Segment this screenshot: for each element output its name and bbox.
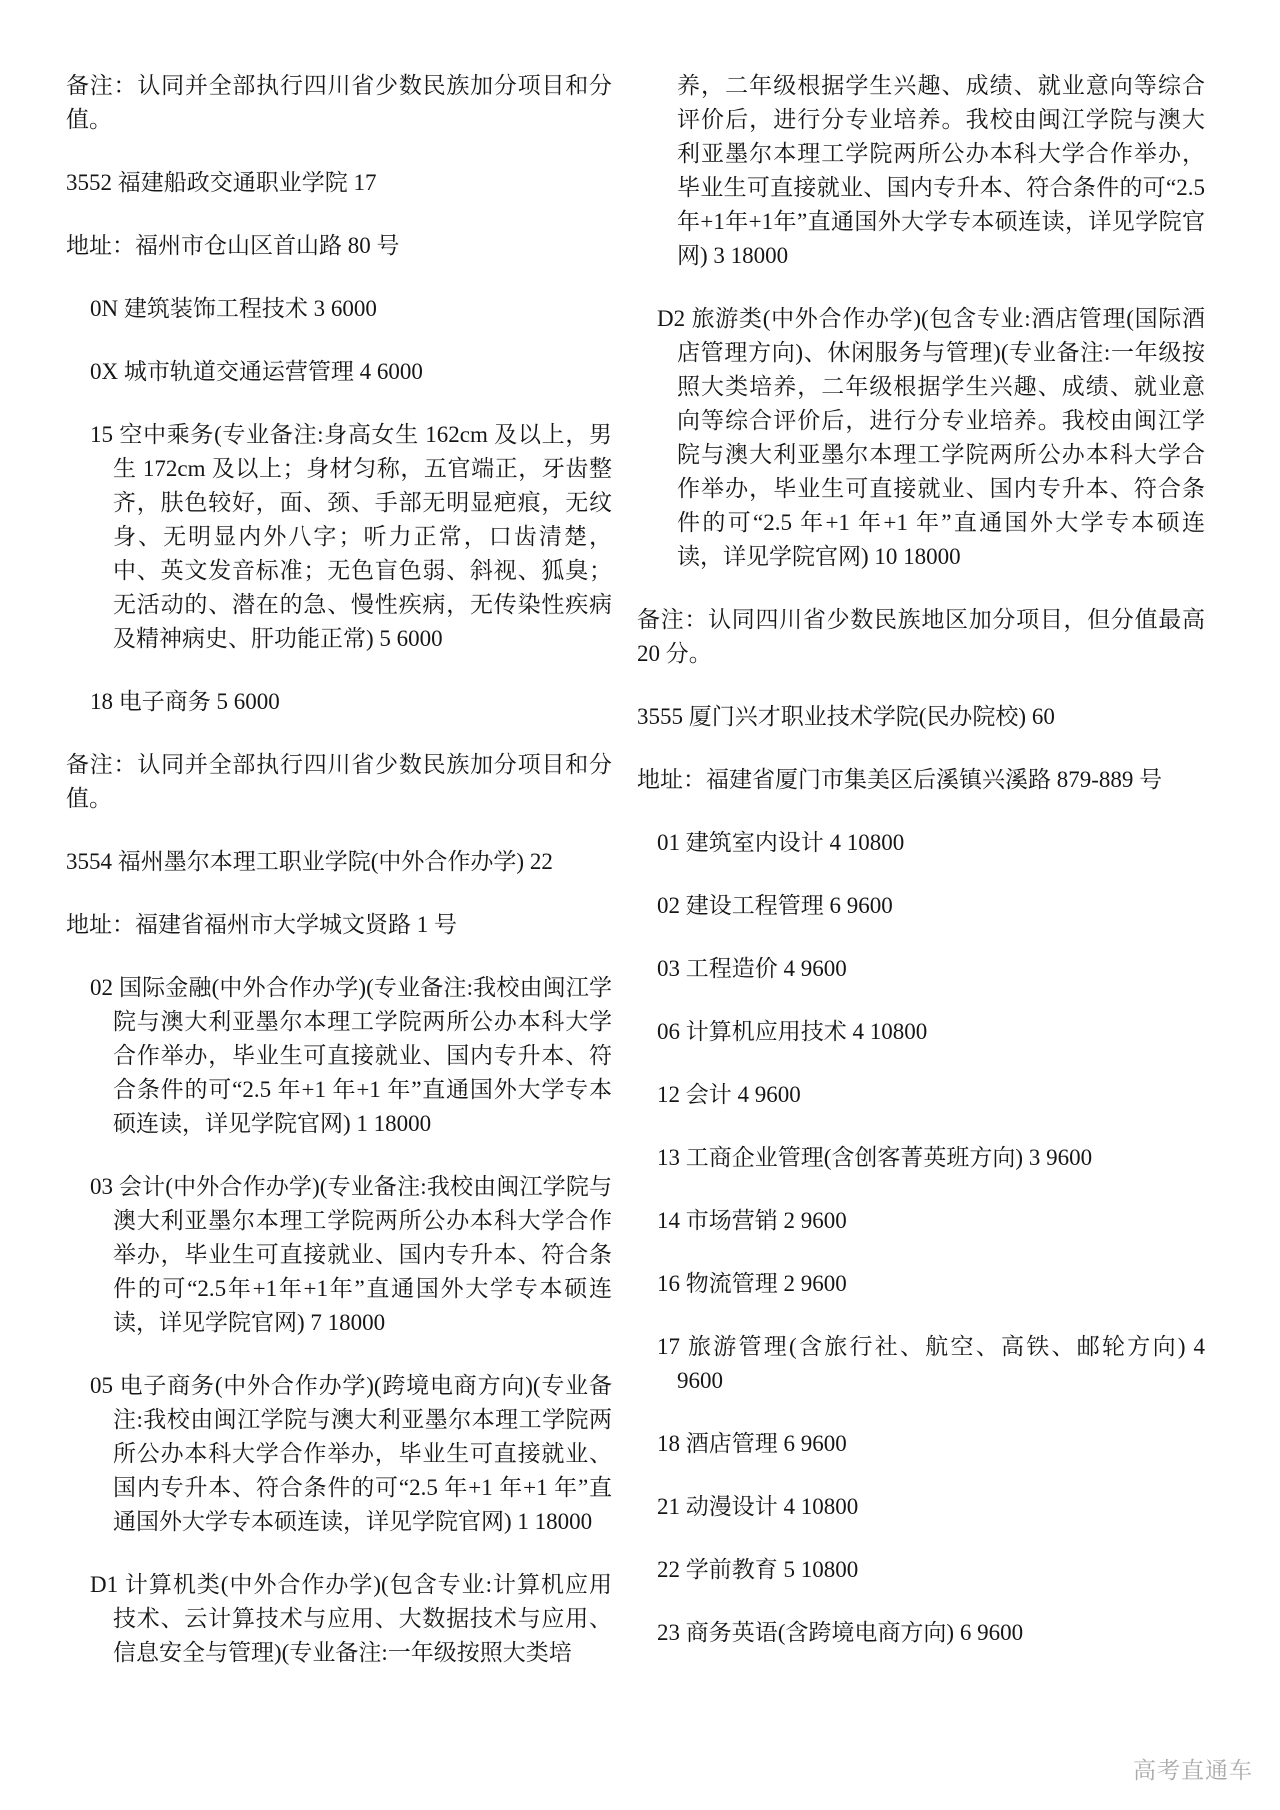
major-entry: 21 动漫设计 4 10800 [677, 1490, 1205, 1524]
school-address: 地址：福建省厦门市集美区后溪镇兴溪路 879-889 号 [637, 763, 1205, 797]
school-address: 地址：福建省福州市大学城文贤路 1 号 [66, 908, 612, 942]
major-entry: 0X 城市轨道交通运营管理 4 6000 [113, 355, 612, 389]
remark-note: 备注：认同并全部执行四川省少数民族加分项目和分值。 [66, 748, 612, 816]
watermark: 高考直通车 [1133, 1758, 1253, 1784]
major-entry: D1 计算机类(中外合作办学)(包含专业:计算机应用技术、云计算技术与应用、大数… [113, 1568, 612, 1670]
major-entry: 23 商务英语(含跨境电商方向) 6 9600 [677, 1616, 1205, 1650]
major-entry: 18 电子商务 5 6000 [113, 685, 612, 719]
major-entry: 0N 建筑装饰工程技术 3 6000 [113, 292, 612, 326]
major-entry: 02 建设工程管理 6 9600 [677, 889, 1205, 923]
major-entry: 17 旅游管理(含旅行社、航空、高铁、邮轮方向) 4 9600 [677, 1330, 1205, 1398]
major-entry: 15 空中乘务(专业备注:身高女生 162cm 及以上，男生 172cm 及以上… [113, 418, 612, 656]
major-entry: D2 旅游类(中外合作办学)(包含专业:酒店管理(国际酒店管理方向)、休闲服务与… [677, 302, 1205, 574]
left-column: 备注：认同并全部执行四川省少数民族加分项目和分值。3552 福建船政交通职业学院… [66, 0, 612, 1699]
remark-note: 备注：认同并全部执行四川省少数民族加分项目和分值。 [66, 69, 612, 137]
major-entry: 12 会计 4 9600 [677, 1078, 1205, 1112]
major-entry: 14 市场营销 2 9600 [677, 1204, 1205, 1238]
major-entry-continuation: 养，二年级根据学生兴趣、成绩、就业意向等综合评价后，进行分专业培养。我校由闽江学… [677, 69, 1205, 273]
major-entry: 16 物流管理 2 9600 [677, 1267, 1205, 1301]
remark-note: 备注：认同四川省少数民族地区加分项目，但分值最高 20 分。 [637, 603, 1205, 671]
major-entry: 02 国际金融(中外合作办学)(专业备注:我校由闽江学院与澳大利亚墨尔本理工学院… [113, 971, 612, 1141]
school-heading: 3555 厦门兴才职业技术学院(民办院校) 60 [637, 700, 1205, 734]
document-page: 备注：认同并全部执行四川省少数民族加分项目和分值。3552 福建船政交通职业学院… [0, 0, 1280, 1810]
school-address: 地址：福州市仓山区首山路 80 号 [66, 229, 612, 263]
major-entry: 22 学前教育 5 10800 [677, 1553, 1205, 1587]
major-entry: 03 工程造价 4 9600 [677, 952, 1205, 986]
school-heading: 3554 福州墨尔本理工职业学院(中外合作办学) 22 [66, 845, 612, 879]
major-entry: 01 建筑室内设计 4 10800 [677, 826, 1205, 860]
major-entry: 03 会计(中外合作办学)(专业备注:我校由闽江学院与澳大利亚墨尔本理工学院两所… [113, 1170, 612, 1340]
right-column: 养，二年级根据学生兴趣、成绩、就业意向等综合评价后，进行分专业培养。我校由闽江学… [637, 0, 1205, 1679]
major-entry: 13 工商企业管理(含创客菁英班方向) 3 9600 [677, 1141, 1205, 1175]
major-entry: 06 计算机应用技术 4 10800 [677, 1015, 1205, 1049]
major-entry: 18 酒店管理 6 9600 [677, 1427, 1205, 1461]
school-heading: 3552 福建船政交通职业学院 17 [66, 166, 612, 200]
major-entry: 05 电子商务(中外合作办学)(跨境电商方向)(专业备注:我校由闽江学院与澳大利… [113, 1369, 612, 1539]
